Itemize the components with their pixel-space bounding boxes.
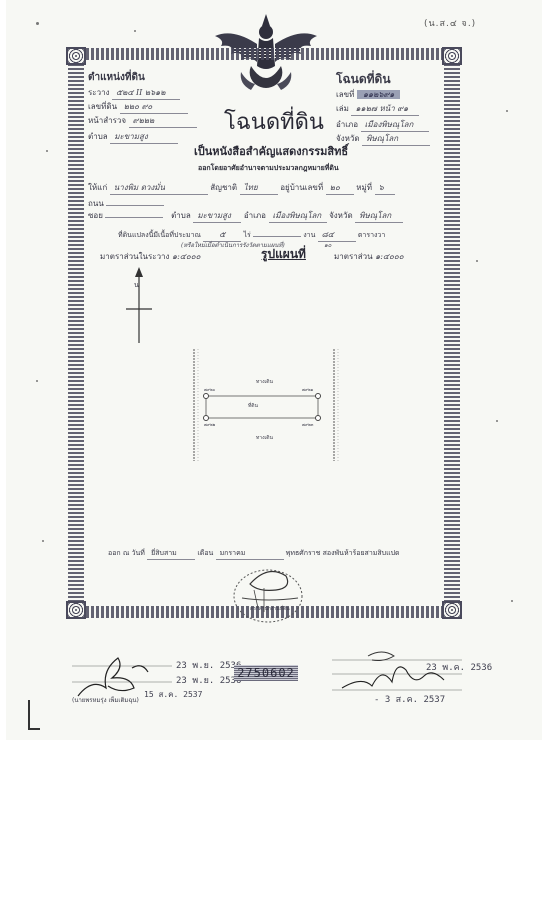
corner-mark-2: ๗๙๒๑	[302, 386, 313, 393]
photocopy-edge-mark	[28, 700, 40, 730]
north-label: น	[134, 280, 139, 291]
survey-sheet-row: ระวาง ๕๒๔ II ๒๖๑๒	[88, 86, 180, 100]
tambon-row: ตำบล มะขามสูง	[88, 130, 178, 144]
deed-number-row: เลขที่ ๑๑๒๖๙๑	[336, 88, 400, 101]
province-row: จังหวัด พิษณุโลก	[336, 132, 430, 146]
parcel-label: ที่ดิน	[248, 402, 258, 410]
document-title: โฉนดที่ดิน	[224, 104, 324, 139]
survey-scale: มาตราส่วนในระวาง ๑:๔๐๐๐	[100, 250, 200, 263]
corner-mark-3: ๗๙๒๒	[204, 421, 215, 428]
amphoe-row: อำเภอ เมืองพิษณุโลก	[336, 118, 429, 132]
document-subtitle: เป็นหนังสือสำคัญแสดงกรรมสิทธิ์	[194, 142, 348, 160]
stamp-date-1: 23 พ.ย. 2536	[176, 658, 241, 672]
deed-serial-number: 2750602	[234, 665, 298, 681]
seal-label: ตราสำนักงานที่ดิน	[250, 605, 290, 613]
corner-mark-1: ๗๙๒๐	[204, 386, 215, 393]
authority-line: ออกโดยอาศัยอำนาจตามประมวลกฎหมายที่ดิน	[198, 163, 339, 174]
survey-page-row: หน้าสำรวจ ๙๒๒๒	[88, 114, 197, 128]
parcel-south-neighbor: ทางเดิน	[256, 434, 273, 442]
volume-row: เล่ม ๑๑๒๗ หน้า ๙๑	[336, 102, 419, 116]
deed-number-value: ๑๑๒๖๙๑	[357, 90, 400, 99]
corner-mark-4: ๗๙๒๓	[302, 421, 313, 428]
signature-right	[332, 646, 462, 696]
form-code: (น.ส.๔ จ.)	[424, 16, 476, 30]
parcel-north-neighbor: ทางเดิน	[256, 378, 273, 386]
signature-left	[72, 648, 172, 698]
north-arrow-icon	[124, 265, 154, 345]
scanned-deed-page: (น.ส.๔ จ.) ตำแหน่งที่ดิน ระวาง ๕๒๔ II ๒๖…	[6, 0, 542, 740]
owner-name: นางพิม ดวงมั่น	[110, 181, 208, 195]
official-seal-stamp	[228, 562, 308, 624]
deed-heading-right: โฉนดที่ดิน	[336, 70, 391, 89]
land-location-heading: ตำแหน่งที่ดิน	[88, 70, 145, 85]
map-scale: มาตราส่วน ๑:๔๐๐๐	[334, 250, 404, 263]
owner-line: ให้แก่ นางพิม ดวงมั่น สัญชาติ ไทย อยู่บ้…	[88, 181, 395, 195]
issue-date-line: ออก ณ วันที่ ยี่สิบสาม เดือน มกราคม พุทธ…	[108, 548, 400, 560]
address-line: ซอย ตำบล มะขามสูง อำเภอ เมืองพิษณุโลก จั…	[88, 209, 403, 223]
parcel-diagram	[186, 345, 346, 465]
area-wah-fraction: ๑๐	[324, 240, 331, 250]
signer-left-name: (นายพรหมรุ่ง เพ็มเติมฉุน)	[72, 695, 139, 705]
land-number-row: เลขที่ดิน ๒๒๐ ๙๐	[88, 100, 188, 114]
stamp-date-2: 23 พ.ย. 2536	[176, 673, 241, 687]
map-title: รูปแผนที่	[261, 245, 306, 264]
